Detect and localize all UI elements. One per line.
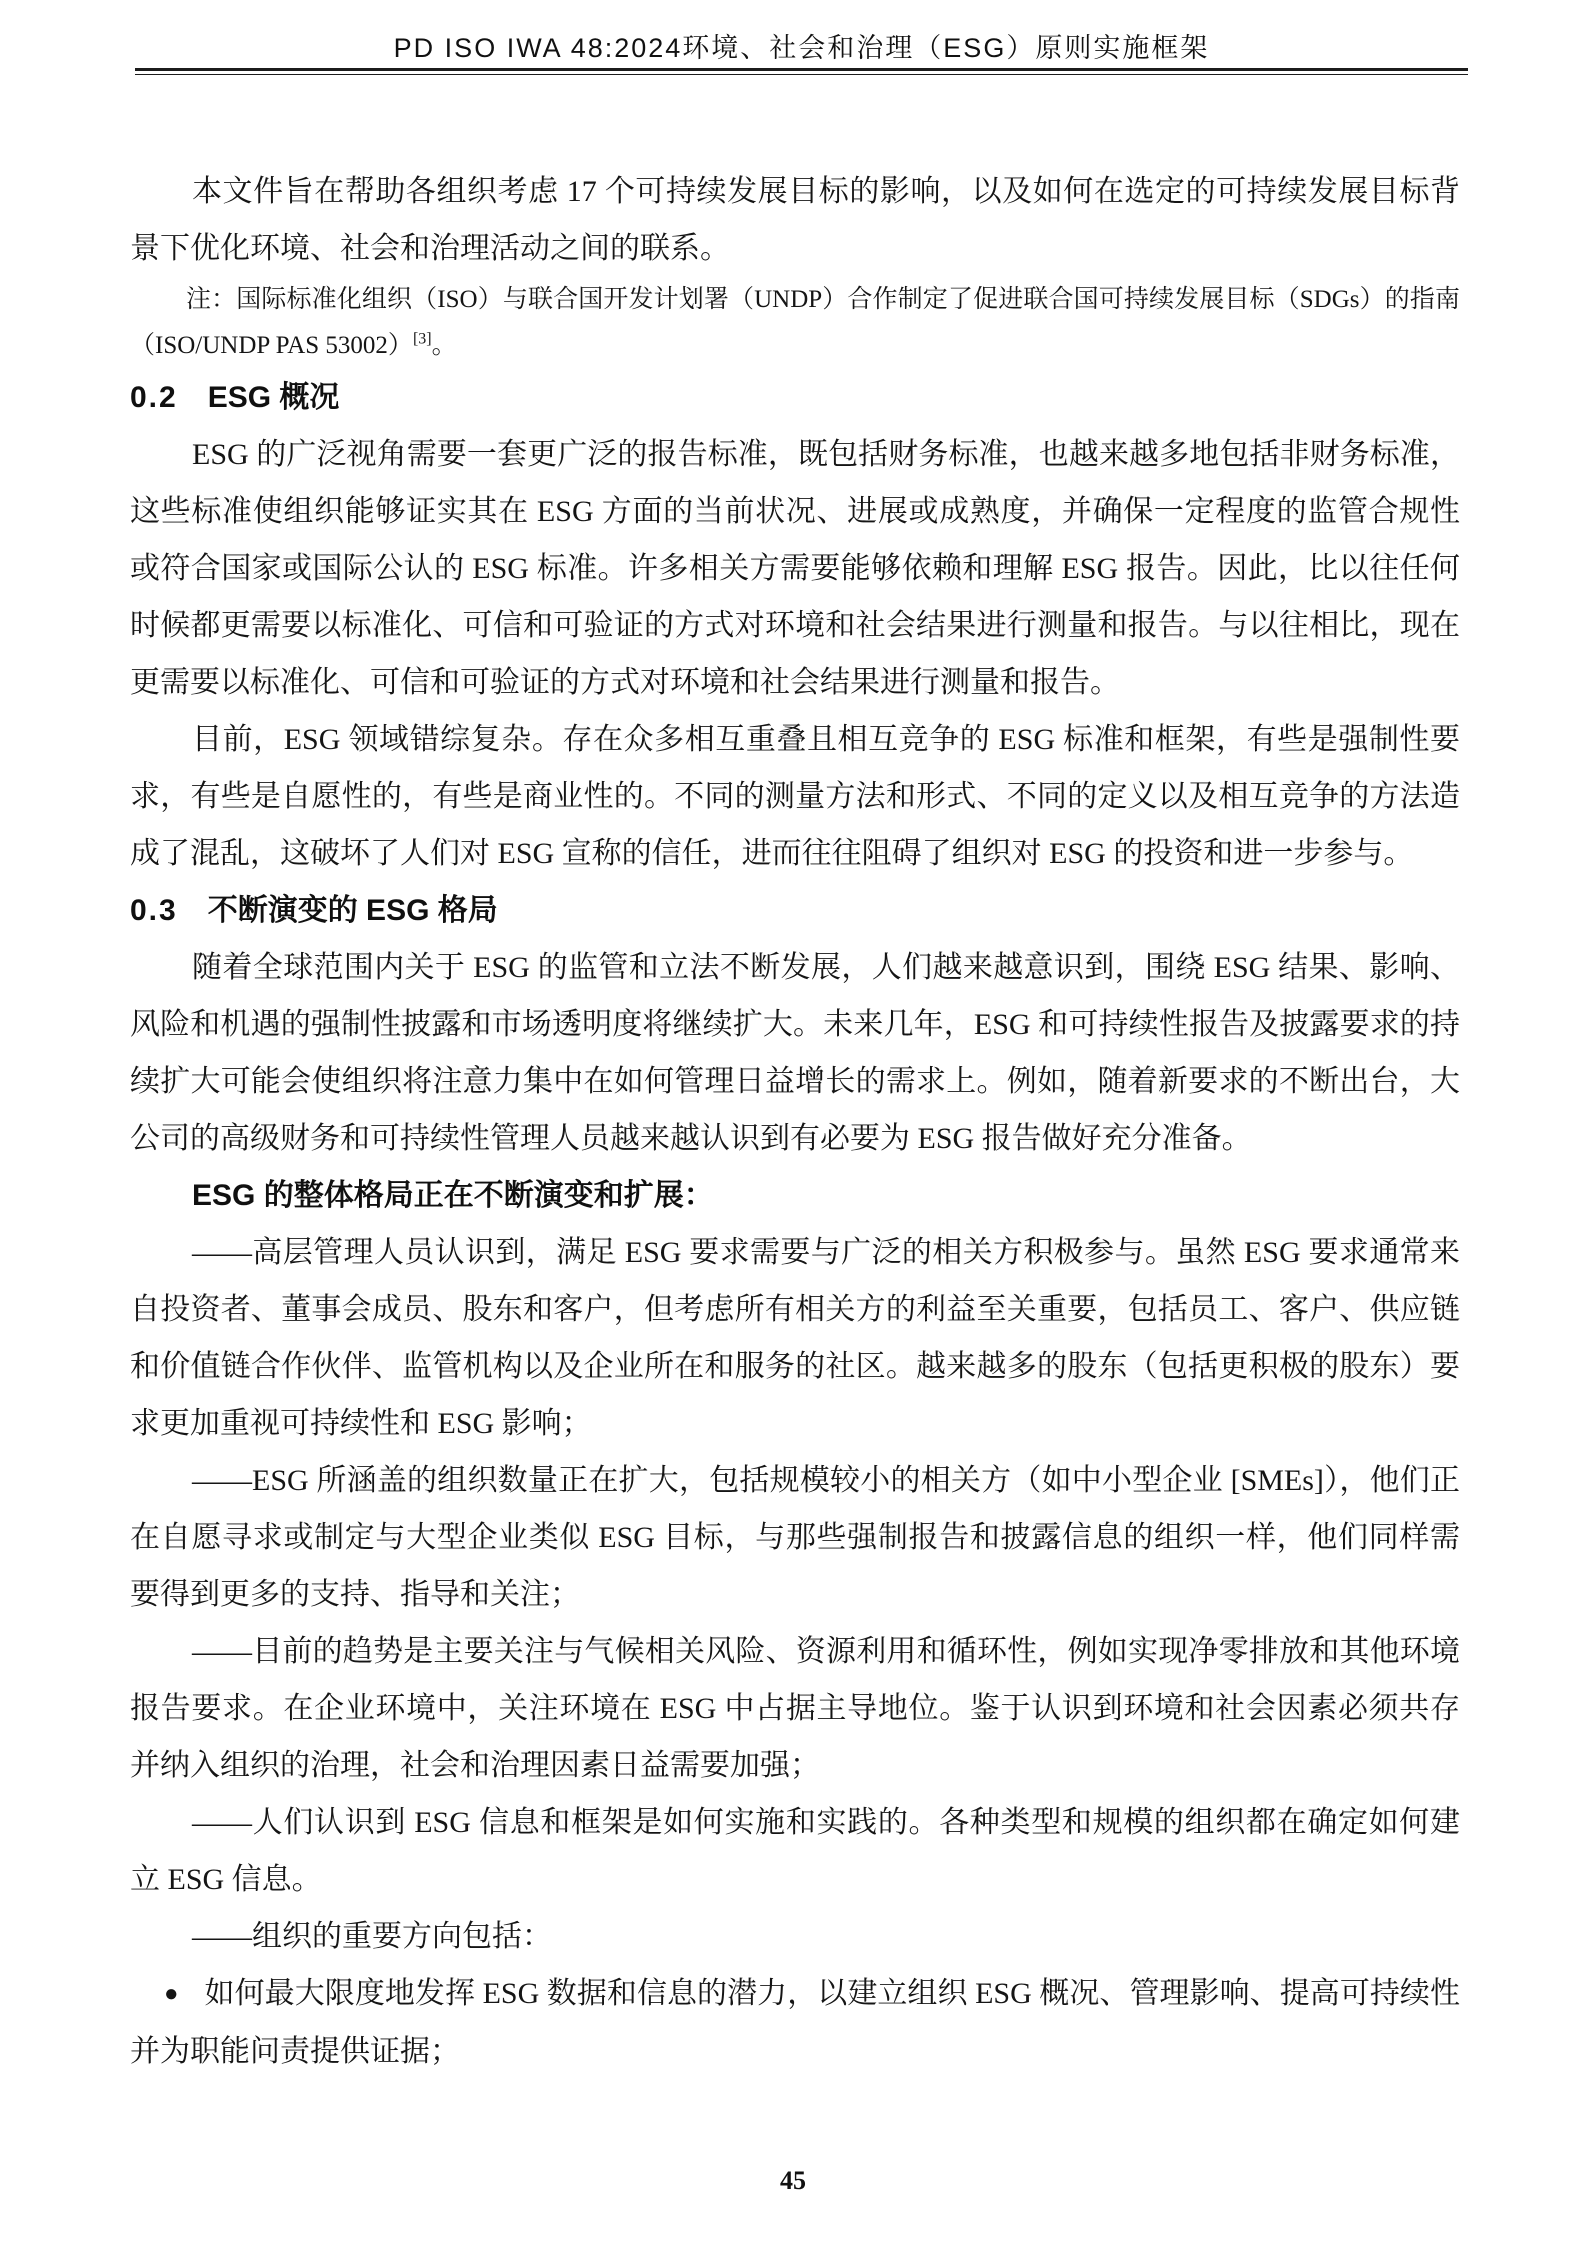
header-title: PD ISO IWA 48:2024环境、社会和治理（ESG）原则实施框架	[394, 33, 1210, 63]
paragraph-evolving-1: 随着全球范围内关于 ESG 的监管和立法不断发展，人们越来越意识到，围绕 ESG…	[130, 939, 1460, 1167]
page-header: PD ISO IWA 48:2024环境、社会和治理（ESG）原则实施框架	[135, 26, 1468, 65]
document-page: PD ISO IWA 48:2024环境、社会和治理（ESG）原则实施框架 本文…	[0, 0, 1586, 2244]
dash-item-organization-scope: ——ESG 所涵盖的组织数量正在扩大，包括规模较小的相关方（如中小型企业 [SM…	[130, 1452, 1460, 1623]
paragraph-esg-overview-1: ESG 的广泛视角需要一套更广泛的报告标准，既包括财务标准，也越来越多地包括非财…	[130, 426, 1460, 711]
dash-item-important-directions: ——组织的重要方向包括：	[130, 1908, 1460, 1965]
note-suffix: 。	[432, 332, 457, 359]
note-citation-ref: [3]	[413, 331, 432, 348]
bullet-item-esg-data-potential: ●如何最大限度地发挥 ESG 数据和信息的潜力，以建立组织 ESG 概况、管理影…	[130, 1965, 1460, 2080]
section-number: 0.2	[130, 381, 178, 414]
paragraph-evolving-lead: ESG 的整体格局正在不断演变和扩展：	[130, 1167, 1460, 1224]
note-paragraph: 注：国际标准化组织（ISO）与联合国开发计划署（UNDP）合作制定了促进联合国可…	[130, 277, 1460, 369]
dash-item-esg-information: ——人们认识到 ESG 信息和框架是如何实施和实践的。各种类型和规模的组织都在确…	[130, 1794, 1460, 1908]
page-number: 45	[780, 2166, 806, 2195]
paragraph-esg-overview-2: 目前，ESG 领域错综复杂。存在众多相互重叠且相互竞争的 ESG 标准和框架，有…	[130, 711, 1460, 882]
note-text: 注：国际标准化组织（ISO）与联合国开发计划署（UNDP）合作制定了促进联合国可…	[130, 286, 1460, 359]
section-number: 0.3	[130, 894, 178, 927]
dash-item-climate-trend: ——目前的趋势是主要关注与气候相关风险、资源利用和循环性，例如实现净零排放和其他…	[130, 1623, 1460, 1794]
bullet-text: 如何最大限度地发挥 ESG 数据和信息的潜力，以建立组织 ESG 概况、管理影响…	[130, 1977, 1460, 2068]
section-heading-evolving-esg: 0.3不断演变的 ESG 格局	[130, 882, 1460, 939]
section-title: 不断演变的 ESG 格局	[208, 894, 498, 927]
page-footer: 45	[0, 2166, 1586, 2196]
paragraph-intro: 本文件旨在帮助各组织考虑 17 个可持续发展目标的影响，以及如何在选定的可持续发…	[130, 163, 1460, 277]
document-content: 本文件旨在帮助各组织考虑 17 个可持续发展目标的影响，以及如何在选定的可持续发…	[130, 163, 1460, 2080]
bullet-icon: ●	[164, 1966, 179, 2023]
section-heading-esg-overview: 0.2ESG 概况	[130, 369, 1460, 426]
header-rule	[135, 68, 1468, 75]
section-title: ESG 概况	[208, 381, 340, 414]
dash-item-senior-management: ——高层管理人员认识到，满足 ESG 要求需要与广泛的相关方积极参与。虽然 ES…	[130, 1224, 1460, 1452]
